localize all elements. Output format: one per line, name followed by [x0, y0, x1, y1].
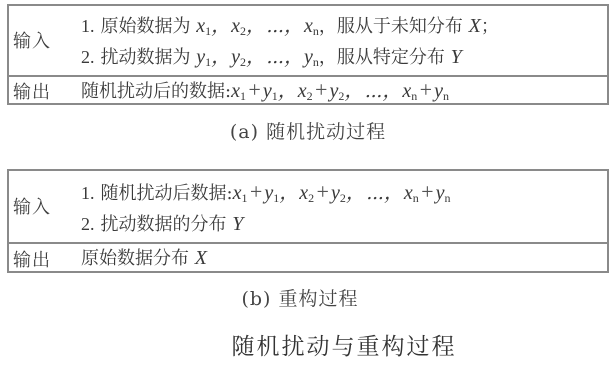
math-variable: Y: [232, 213, 243, 235]
line-text: ，服从于未知分布: [319, 16, 469, 37]
table-row-input: 输入 1.原始数据为 x1，x2，⋯，xn，服从于未知分布 X； 2.扰动数据为…: [9, 6, 607, 75]
line-number: 1.: [81, 183, 95, 203]
math-expression: y1，y2，⋯，yn: [196, 46, 319, 68]
output-line: 原始数据分布 X: [81, 245, 603, 272]
line-text: ，服从特定分布: [319, 47, 451, 68]
input-line-2: 2.扰动数据为 y1，y2，⋯，yn，服从特定分布 Y: [81, 44, 603, 75]
input-label: 输入: [13, 193, 51, 219]
math-variable: X: [195, 247, 207, 269]
figure-title: 随机扰动与重构过程: [36, 328, 616, 361]
math-expression: x1+y1，x2+y2，⋯，xn+yn: [231, 80, 449, 102]
math-variable: X: [469, 15, 481, 37]
table-random-perturbation: 输入 1.原始数据为 x1，x2，⋯，xn，服从于未知分布 X； 2.扰动数据为…: [7, 4, 609, 105]
line-text: 原始数据分布: [81, 248, 189, 269]
math-variable: Y: [451, 46, 462, 68]
table-row-input: 输入 1.随机扰动后数据:x1+y1，x2+y2，⋯，xn+yn 2.扰动数据的…: [9, 171, 607, 242]
output-label: 输出: [13, 78, 51, 104]
line-number: 2.: [81, 47, 95, 67]
output-lines: 原始数据分布 X: [81, 245, 603, 272]
output-label: 输出: [13, 246, 51, 272]
line-text: 随机扰动后数据:: [101, 183, 233, 204]
line-number: 1.: [81, 16, 95, 36]
input-lines: 1.原始数据为 x1，x2，⋯，xn，服从于未知分布 X； 2.扰动数据为 y1…: [81, 13, 603, 75]
output-lines: 随机扰动后的数据:x1+y1，x2+y2，⋯，xn+yn: [81, 77, 603, 109]
input-lines: 1.随机扰动后数据:x1+y1，x2+y2，⋯，xn+yn 2.扰动数据的分布 …: [81, 179, 603, 238]
table-reconstruction: 输入 1.随机扰动后数据:x1+y1，x2+y2，⋯，xn+yn 2.扰动数据的…: [7, 169, 609, 273]
input-line-1: 1.随机扰动后数据:x1+y1，x2+y2，⋯，xn+yn: [81, 179, 603, 211]
table-row-output: 输出 原始数据分布 X: [9, 242, 607, 271]
caption-a: (a) 随机扰动过程: [0, 117, 616, 144]
table-row-output: 输出 随机扰动后的数据:x1+y1，x2+y2，⋯，xn+yn: [9, 75, 607, 103]
line-text: 扰动数据的分布: [101, 214, 227, 235]
line-number: 2.: [81, 214, 95, 234]
line-text: 扰动数据为: [101, 47, 191, 68]
line-text: 随机扰动后的数据:: [81, 81, 231, 102]
input-line-1: 1.原始数据为 x1，x2，⋯，xn，服从于未知分布 X；: [81, 13, 603, 44]
line-text: 原始数据为: [101, 16, 191, 37]
input-line-2: 2.扰动数据的分布 Y: [81, 211, 603, 238]
math-expression: x1，x2，⋯，xn: [196, 15, 319, 37]
punctuation: ；: [481, 16, 499, 37]
output-line: 随机扰动后的数据:x1+y1，x2+y2，⋯，xn+yn: [81, 77, 603, 109]
input-label: 输入: [13, 27, 51, 53]
caption-b: (b) 重构过程: [0, 284, 608, 311]
math-expression: x1+y1，x2+y2，⋯，xn+yn: [233, 182, 451, 204]
